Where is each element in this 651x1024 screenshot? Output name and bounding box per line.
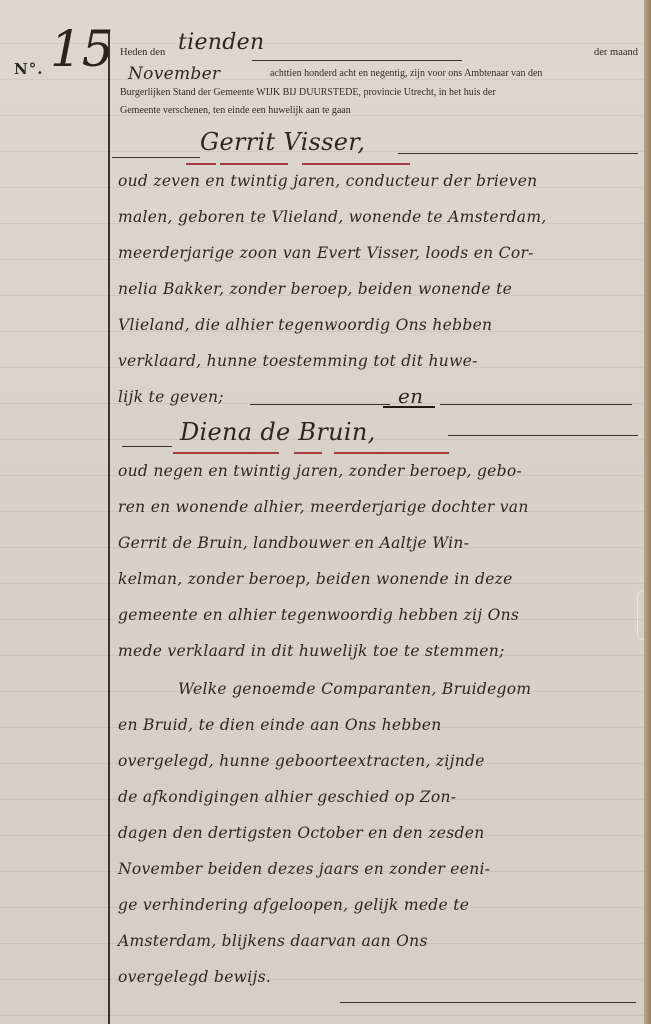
bride-text-line: gemeente en alhier tegenwoordig hebben z… <box>118 606 519 624</box>
bride-underline-3 <box>334 452 449 454</box>
bride-underline-2 <box>294 452 322 454</box>
register-page: N°. 15 Heden den tienden der maand Novem… <box>0 0 644 1024</box>
day-fill-line <box>252 60 462 61</box>
header-prefix: Heden den <box>120 47 165 58</box>
bride-lead-line <box>122 446 172 447</box>
bride-text-line: kelman, zonder beroep, beiden wonende in… <box>118 570 513 588</box>
groom-trail-line <box>398 153 638 154</box>
bride-text-line: Gerrit de Bruin, landbouwer en Aaltje Wi… <box>118 534 469 552</box>
closing-text-line: Welke genoemde Comparanten, Bruidegom <box>178 680 531 698</box>
bride-name: Diena de Bruin, <box>180 418 376 446</box>
groom-underline-2 <box>220 163 288 165</box>
groom-text-line: oud zeven en twintig jaren, conducteur d… <box>118 172 537 190</box>
closing-text-line: en Bruid, te dien einde aan Ons hebben <box>118 716 442 734</box>
paper-clip <box>637 590 644 640</box>
header-line2: achttien honderd acht en negentig, zijn … <box>270 68 542 79</box>
closing-text-line: ge verhindering afgeloopen, gelijk mede … <box>118 896 469 914</box>
groom-name: Gerrit Visser, <box>200 128 365 156</box>
day-handwritten: tienden <box>178 30 264 55</box>
groom-lead-line <box>112 157 200 158</box>
groom-underline-1 <box>186 163 216 165</box>
groom-text-line: Vlieland, die alhier tegenwoordig Ons he… <box>118 316 492 334</box>
header-suffix: der maand <box>594 47 638 58</box>
conjunction-trail-line <box>440 404 632 405</box>
month-handwritten: November <box>128 64 220 84</box>
bride-text-line: mede verklaard in dit huwelijk toe te st… <box>118 642 505 660</box>
groom-text-line: nelia Bakker, zonder beroep, beiden wone… <box>118 280 512 298</box>
groom-text-line: verklaard, hunne toestemming tot dit huw… <box>118 352 478 370</box>
groom-text-line: lijk te geven; <box>118 388 224 406</box>
header-line3: Burgerlijken Stand der Gemeente WIJK BIJ… <box>120 87 496 98</box>
conjunction-lead-line <box>250 404 390 405</box>
bride-text-line: oud negen en twintig jaren, zonder beroe… <box>118 462 522 480</box>
closing-text-line: November beiden dezes jaars en zonder ee… <box>118 860 490 878</box>
margin-rule <box>108 30 110 1024</box>
bride-trail-line <box>448 435 638 436</box>
conjunction-underline <box>383 406 435 408</box>
closing-text-line: Amsterdam, blijkens daarvan aan Ons <box>118 932 428 950</box>
closing-text-line: dagen den dertigsten October en den zesd… <box>118 824 485 842</box>
closing-text-line: overgelegd, hunne geboorteextracten, zij… <box>118 752 485 770</box>
groom-text-line: malen, geboren te Vlieland, wonende te A… <box>118 208 547 226</box>
register-number-value: 15 <box>50 20 114 78</box>
register-number-label: N°. <box>14 60 43 78</box>
groom-text-line: meerderjarige zoon van Evert Visser, loo… <box>118 244 534 262</box>
closing-text-line: overgelegd bewijs. <box>118 968 271 986</box>
conjunction: en <box>398 384 423 408</box>
header-line4: Gemeente verschenen, ten einde een huwel… <box>120 105 351 116</box>
bride-text-line: ren en wonende alhier, meerderjarige doc… <box>118 498 529 516</box>
bride-underline-1 <box>173 452 279 454</box>
groom-underline-3 <box>302 163 410 165</box>
closing-trail-line <box>340 1002 636 1003</box>
page-edge <box>644 0 651 1024</box>
closing-text-line: de afkondigingen alhier geschied op Zon- <box>118 788 456 806</box>
